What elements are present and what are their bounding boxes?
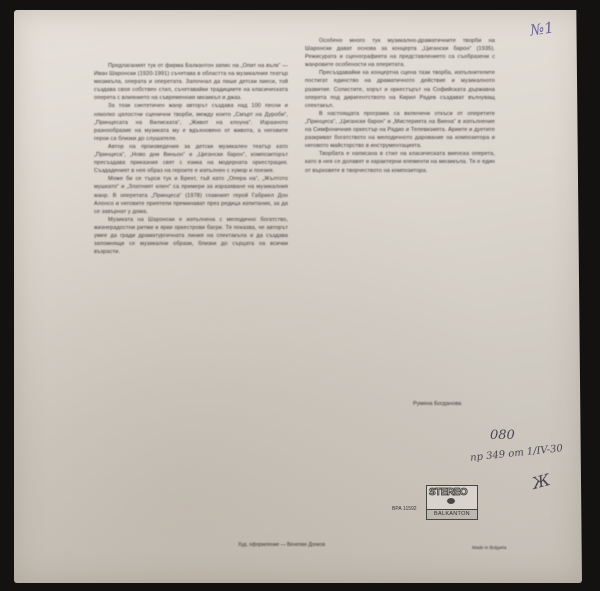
- stereo-logo-emblem-icon: [447, 498, 455, 504]
- liner-notes-paragraph: Пресъздавайки на концертна сцена тази тв…: [305, 69, 495, 109]
- liner-notes-paragraph: Може би се търси тук и Брехт, тъй като „…: [94, 175, 288, 215]
- liner-notes-paragraph: Особено много тук музикално-драматичните…: [305, 37, 495, 69]
- liner-notes-paragraph: Творбата е написана в стил на класическа…: [305, 150, 495, 174]
- liner-notes-paragraph: В настоящата програма са включени откъси…: [305, 110, 495, 150]
- liner-notes-paragraph: Музиката на Шаронски е изпълнена с мелод…: [94, 216, 288, 256]
- catalog-number: ВРА 11592: [392, 506, 417, 512]
- liner-notes-left-column: Предлаганият тук от фирма Балкантон запи…: [94, 62, 288, 256]
- liner-notes-right-column: Особено много тук музикално-драматичните…: [305, 37, 495, 175]
- stereo-logo-text: STEREO: [429, 487, 467, 498]
- liner-notes-author: Румяна Богданова: [413, 401, 461, 407]
- stereo-logo: STEREO: [426, 485, 478, 510]
- handwritten-price-code: 080: [490, 428, 515, 443]
- balkanton-logo: BALKANTON: [426, 509, 478, 520]
- liner-notes-paragraph: За този синтетичен жанр авторът създава …: [94, 102, 288, 142]
- design-credit: Худ. оформление — Венелин Донков: [238, 542, 325, 548]
- liner-notes-paragraph: Предлаганият тук от фирма Балкантон запи…: [94, 62, 288, 102]
- handwritten-mark-top: №1: [529, 18, 555, 39]
- made-in-label: Made in Bulgaria: [472, 545, 506, 550]
- liner-notes-paragraph: Автор на произведения за детски музикале…: [94, 143, 288, 175]
